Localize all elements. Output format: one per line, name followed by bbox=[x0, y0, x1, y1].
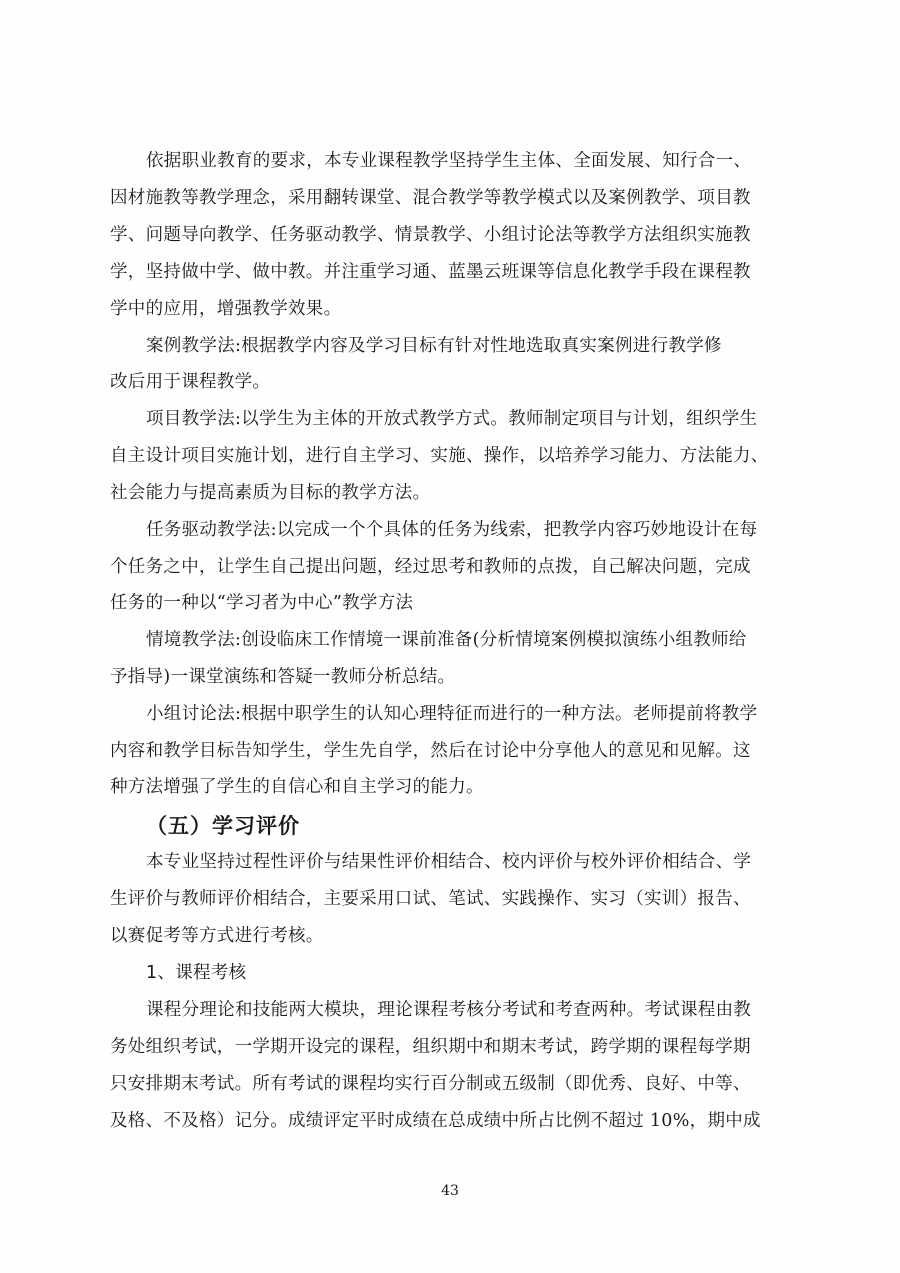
group-discussion-line-1: 小组讨论法:根据中职学生的认知心理特征而进行的一种方法。老师提前将教学 bbox=[146, 703, 757, 725]
project-method-line-1: 项目教学法:以学生为主体的开放式教学方式。教师制定项目与计划，组织学生 bbox=[146, 408, 757, 430]
evaluation-line-1: 本专业坚持过程性评价与结果性评价相结合、校内评价与校外评价相结合、学 bbox=[146, 851, 751, 873]
project-method-line-2: 自主设计项目实施计划，进行自主学习、实施、操作，以培养学习能力、方法能力、 bbox=[110, 445, 769, 467]
assessment-line-3: 只安排期末考试。所有考试的课程均实行百分制或五级制（即优秀、良好、中等、 bbox=[110, 1073, 751, 1095]
evaluation-line-3: 以赛促考等方式进行考核。 bbox=[110, 925, 324, 947]
assessment-line-4: 及格、不及格）记分。成绩评定平时成绩在总成绩中所占比例不超过 10%，期中成 bbox=[110, 1110, 761, 1132]
group-discussion-line-2: 内容和教学目标告知学生，学生先自学，然后在讨论中分享他人的意见和见解。这 bbox=[110, 740, 751, 762]
paragraph-intro-line-3: 学、问题导向教学、任务驱动教学、情景教学、小组讨论法等教学方法组织实施教 bbox=[110, 224, 751, 246]
task-method-line-2: 个任务之中，让学生自己提出问题，经过思考和教师的点拨，自己解决问题，完成 bbox=[110, 556, 751, 578]
evaluation-line-2: 生评价与教师评价相结合，主要采用口试、笔试、实践操作、实习（实训）报告、 bbox=[110, 888, 751, 910]
page-number: 43 bbox=[0, 1183, 900, 1199]
situation-method-line-2: 予指导)一课堂演练和答疑一教师分析总结。 bbox=[110, 666, 455, 688]
paragraph-intro-line-1: 依据职业教育的要求，本专业课程教学坚持学生主体、全面发展、知行合一、 bbox=[146, 150, 751, 172]
case-method-line-2: 改后用于课程教学。 bbox=[110, 371, 270, 393]
task-method-line-1: 任务驱动教学法:以完成一个个具体的任务为线索，把教学内容巧妙地设计在每 bbox=[146, 519, 757, 541]
paragraph-intro-line-4: 学，坚持做中学、做中教。并注重学习通、蓝墨云班课等信息化教学手段在课程教 bbox=[110, 261, 751, 283]
paragraph-intro-line-5: 学中的应用，增强教学效果。 bbox=[110, 298, 341, 320]
assessment-line-2: 务处组织考试，一学期开设完的课程，组织期中和期末考试，跨学期的课程每学期 bbox=[110, 1036, 751, 1058]
project-method-line-3: 社会能力与提高素质为目标的教学方法。 bbox=[110, 482, 430, 504]
paragraph-intro-line-2: 因材施教等教学理念，采用翻转课堂、混合教学等教学模式以及案例教学、项目教 bbox=[110, 187, 751, 209]
section-heading-learning-evaluation: （五）学习评价 bbox=[146, 810, 300, 840]
document-page: 依据职业教育的要求，本专业课程教学坚持学生主体、全面发展、知行合一、 因材施教等… bbox=[0, 0, 900, 1273]
situation-method-line-1: 情境教学法:创设临床工作情境一课前准备(分析情境案例模拟演练小组教师给 bbox=[146, 629, 747, 651]
subheading-course-assessment: 1、课程考核 bbox=[146, 962, 246, 984]
group-discussion-line-3: 种方法增强了学生的自信心和自主学习的能力。 bbox=[110, 776, 484, 798]
assessment-line-1: 课程分理论和技能两大模块，理论课程考核分考试和考查两种。考试课程由教 bbox=[146, 999, 751, 1021]
task-method-line-3: 任务的一种以“学习者为中心”教学方法 bbox=[110, 592, 413, 614]
case-method-line-1: 案例教学法:根据教学内容及学习目标有针对性地选取真实案例进行教学修 bbox=[146, 335, 722, 357]
